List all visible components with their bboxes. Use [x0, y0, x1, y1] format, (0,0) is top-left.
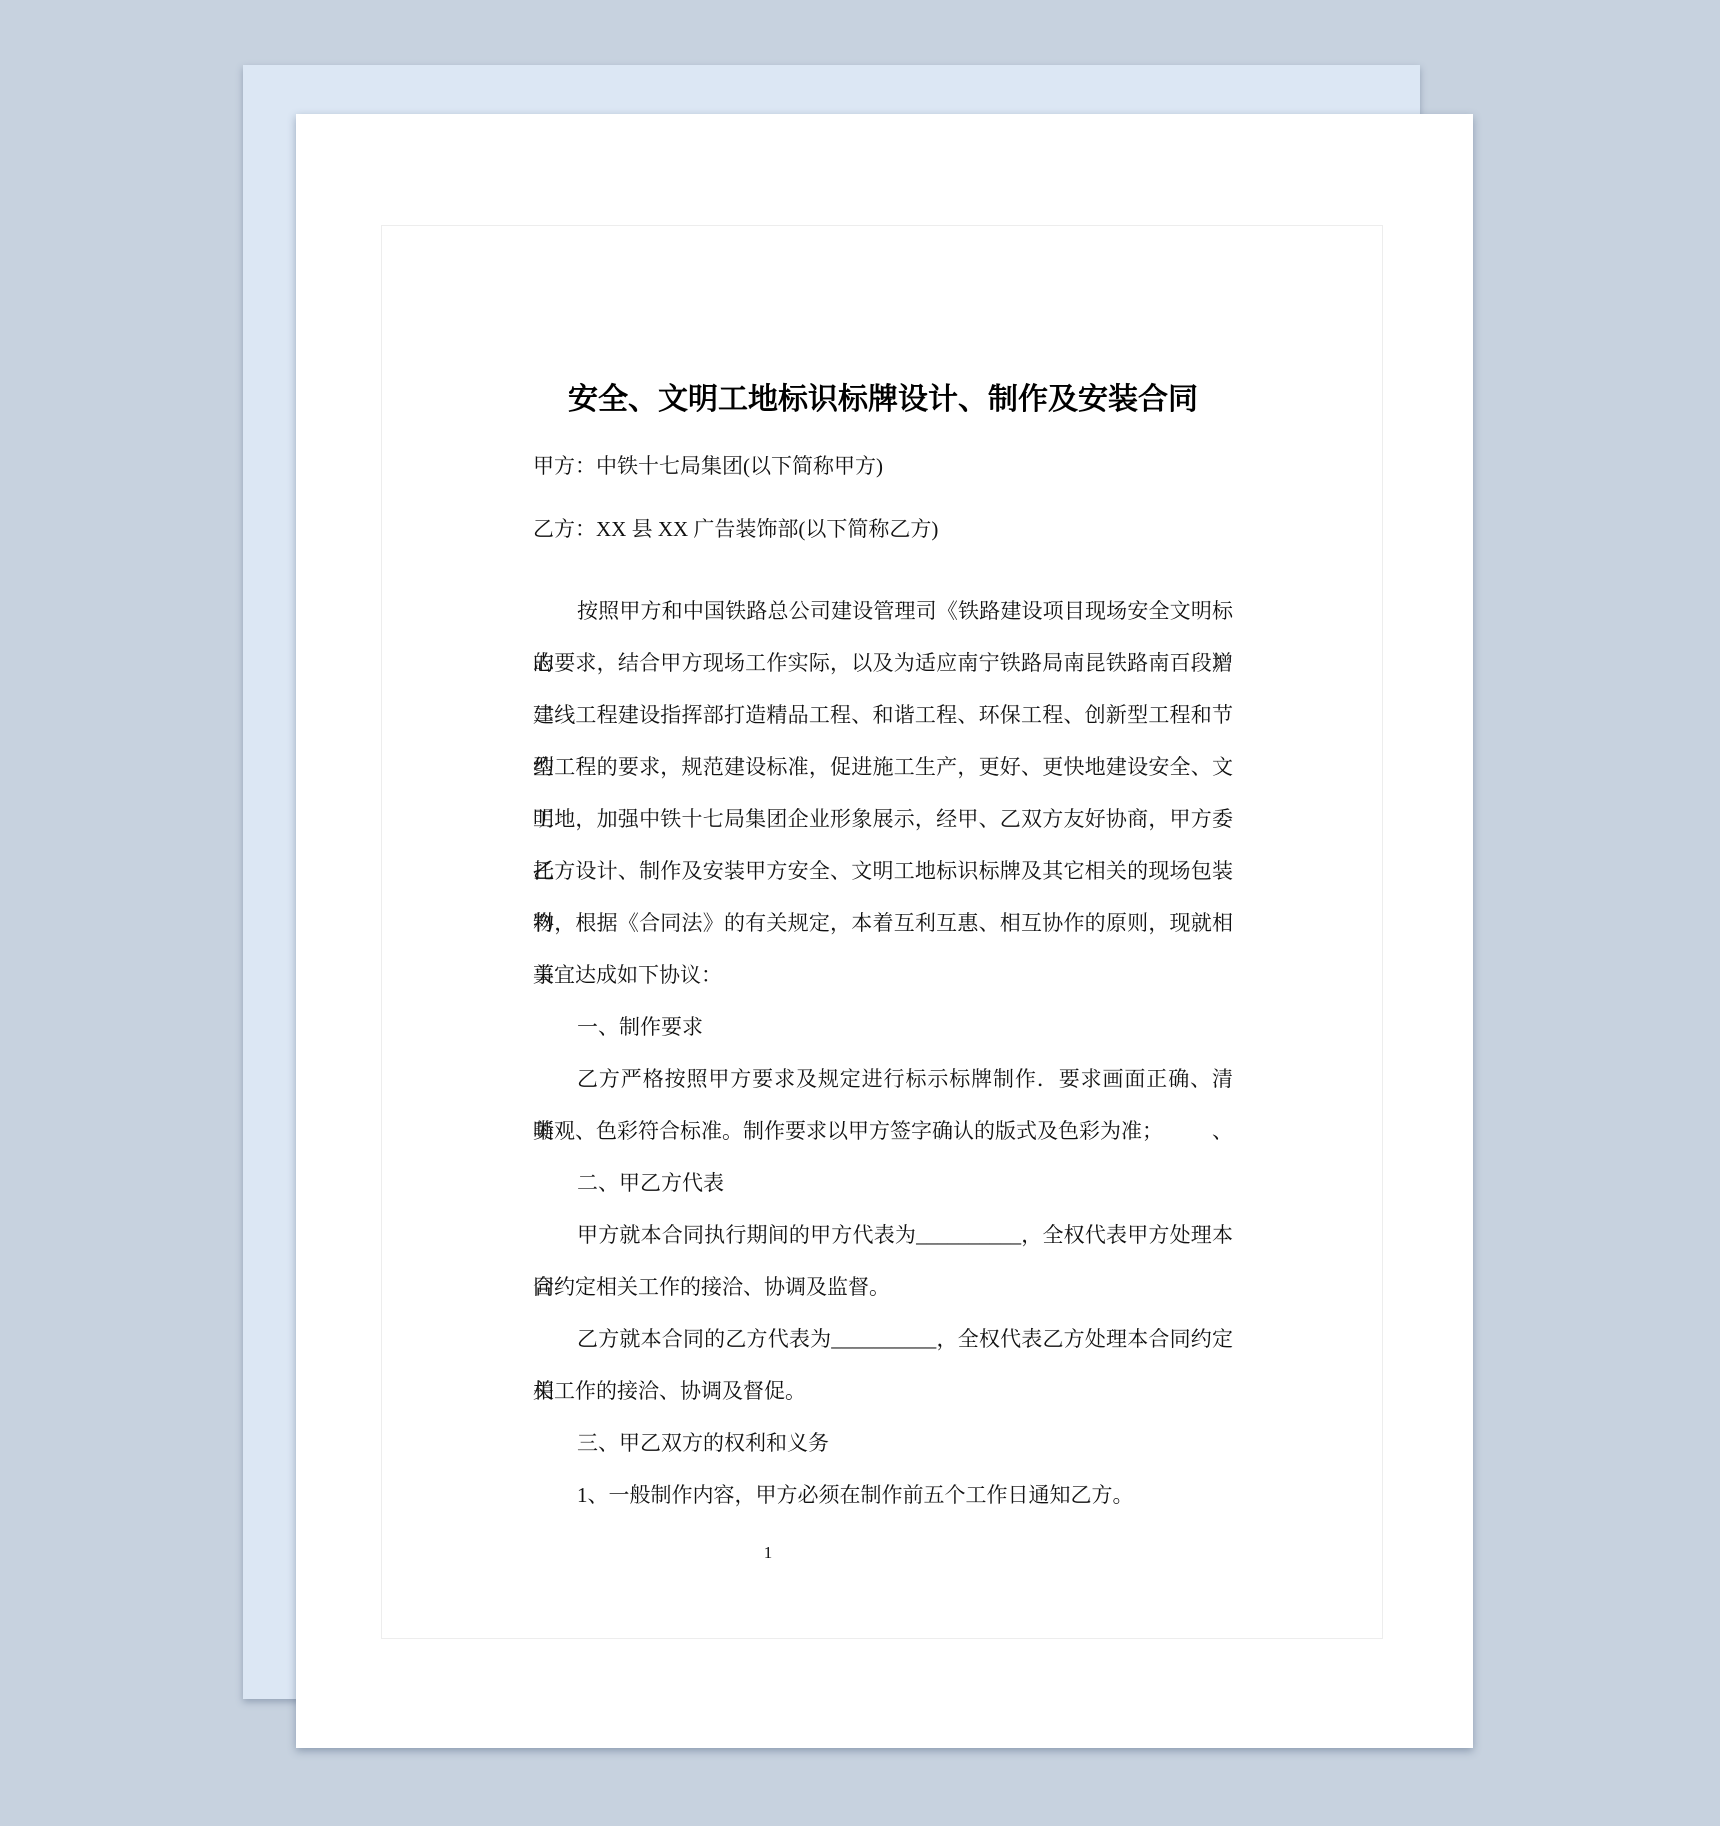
- section-heading: 一、制作要求: [533, 1001, 1233, 1053]
- body-line: 乙方严格按照甲方要求及规定进行标示标牌制作．要求画面正确、清晰、: [533, 1053, 1233, 1105]
- document-title: 安全、文明工地标识标牌设计、制作及安装合同: [533, 378, 1233, 422]
- body-line: 工地，加强中铁十七局集团企业形象展示，经甲、乙双方友好协商，甲方委托: [533, 793, 1233, 845]
- line-party-a: 甲方：中铁十七局集团(以下简称甲方): [533, 440, 1233, 492]
- body-line: 同约定相关工作的接洽、协调及监督。: [533, 1261, 1233, 1313]
- body-line: 型工程的要求，规范建设标准，促进施工生产，更好、更快地建设安全、文明: [533, 741, 1233, 793]
- body-line: 料，根据《合同法》的有关规定，本着互利互惠、相互协作的原则，现就相关: [533, 897, 1233, 949]
- body-line: 美观、色彩符合标准。制作要求以甲方签字确认的版式及色彩为准；: [533, 1105, 1233, 1157]
- body-line: 关工作的接洽、协调及督促。: [533, 1365, 1233, 1417]
- front-page: 安全、文明工地标识标牌设计、制作及安装合同 甲方：中铁十七局集团(以下简称甲方)…: [296, 114, 1473, 1748]
- body-line: 按照甲方和中国铁路总公司建设管理司《铁路建设项目现场安全文明标志》: [533, 585, 1233, 637]
- body-line: 二线工程建设指挥部打造精品工程、和谐工程、环保工程、创新型工程和节约: [533, 689, 1233, 741]
- body-line: 1、一般制作内容，甲方必须在制作前五个工作日通知乙方。: [533, 1469, 1233, 1521]
- line-party-b: 乙方：XX 县 XX 广告装饰部(以下简称乙方): [533, 503, 1233, 555]
- body-line: 乙方就本合同的乙方代表为__________，全权代表乙方处理本合同约定相: [533, 1313, 1233, 1365]
- page-number: 1: [738, 1542, 798, 1564]
- section-heading: 三、甲乙双方的权利和义务: [533, 1417, 1233, 1469]
- document-body: 按照甲方和中国铁路总公司建设管理司《铁路建设项目现场安全文明标志》 的要求，结合…: [533, 585, 1233, 1521]
- body-line: 的要求，结合甲方现场工作实际，以及为适应南宁铁路局南昆铁路南百段增建: [533, 637, 1233, 689]
- section-heading: 二、甲乙方代表: [533, 1157, 1233, 1209]
- document-preview-canvas: 安全、文明工地标识标牌设计、制作及安装合同 甲方：中铁十七局集团(以下简称甲方)…: [0, 0, 1720, 1826]
- body-line: 事宜达成如下协议：: [533, 949, 1233, 1001]
- body-line: 乙方设计、制作及安装甲方安全、文明工地标识标牌及其它相关的现场包装物: [533, 845, 1233, 897]
- body-line: 甲方就本合同执行期间的甲方代表为__________，全权代表甲方处理本合: [533, 1209, 1233, 1261]
